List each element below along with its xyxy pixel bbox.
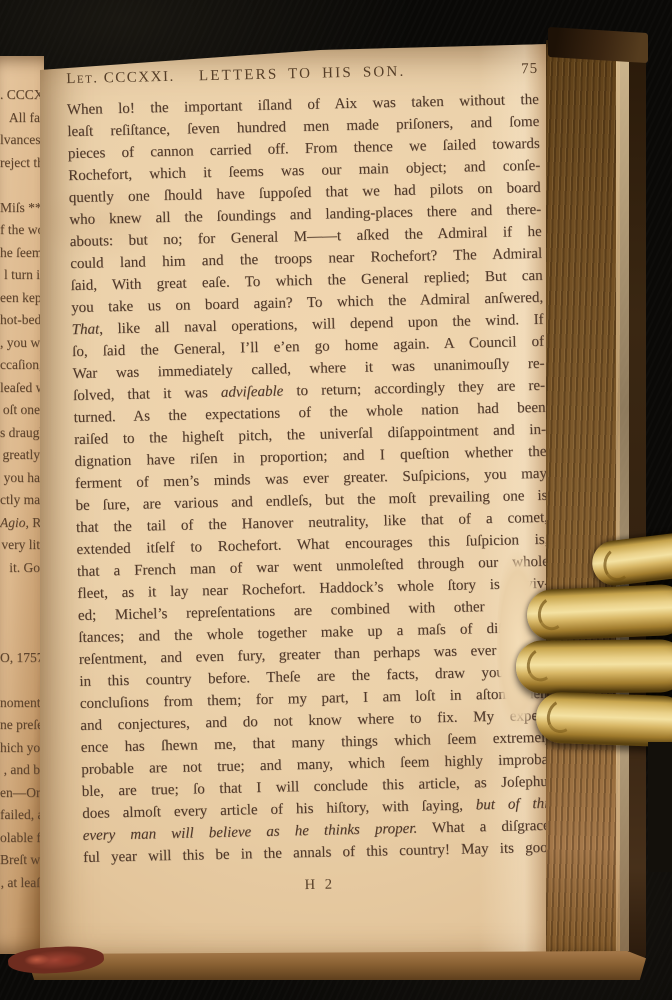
- text-segment: to return; accordingly they are re-: [283, 378, 545, 400]
- previous-page-edge: . CCCXAll falvances,reject thMiſs **f th…: [0, 56, 44, 954]
- brass-finger-3: [516, 639, 672, 693]
- page-content: Let. CCCXXI. LETTERS TO HIS SON. 75 When…: [66, 61, 556, 899]
- text-segment: oſt one: [3, 402, 40, 417]
- previous-page-fragment: ctly ma: [0, 489, 40, 512]
- text-segment: ne preſe: [0, 717, 43, 732]
- previous-page-fragment: it. Go: [0, 557, 40, 580]
- previous-page-text: . CCCXAll falvances,reject thMiſs **f th…: [0, 84, 40, 894]
- text-segment: failed, a: [0, 807, 43, 822]
- running-header: Let. CCCXXI. LETTERS TO HIS SON. 75: [66, 61, 538, 88]
- text-segment: very lit: [1, 537, 40, 552]
- text-segment: Miſs **: [0, 200, 42, 215]
- text-segment: . CCCX: [0, 87, 44, 102]
- book-bottom-edge: [28, 951, 646, 980]
- previous-page-fragment: Agio, Ro: [0, 512, 40, 535]
- finger-nail: [543, 696, 581, 737]
- book-title: LETTERS TO HIS SON.: [199, 64, 406, 86]
- previous-page-fragment: Miſs **: [0, 197, 40, 220]
- text-segment: Agio,: [0, 515, 29, 530]
- text-segment: adviſeable: [221, 383, 284, 400]
- previous-page-fragment: , at leaſ: [0, 872, 40, 895]
- previous-page-fragment: he ſeems: [0, 242, 40, 265]
- previous-page-fragment: Breſt wa: [0, 849, 40, 872]
- previous-page-fragment: l turn i: [0, 264, 40, 287]
- previous-page-fragment: ccaſion,: [0, 354, 40, 377]
- text-segment: leaſed wi: [0, 380, 44, 395]
- text-segment: f the wo: [0, 222, 44, 237]
- text-segment: , and b: [4, 762, 40, 777]
- text-segment: reject th: [0, 155, 44, 170]
- previous-page-fragment: [0, 669, 40, 692]
- previous-page-fragment: greatly: [0, 444, 40, 467]
- text-segment: All fa: [9, 110, 40, 125]
- finger-nail: [535, 594, 571, 633]
- text-segment: ccaſion,: [0, 357, 42, 372]
- previous-page-fragment: [0, 624, 40, 647]
- previous-page-fragment: All fa: [0, 107, 40, 130]
- photo-background: . CCCXAll falvances,reject thMiſs **f th…: [0, 0, 672, 1000]
- page-number: 75: [521, 61, 538, 78]
- previous-page-fragment: en—On: [0, 782, 40, 805]
- book-cover-edge: [629, 44, 646, 960]
- previous-page-fragment: een kept: [0, 287, 40, 310]
- previous-page-fragment: . CCCX: [0, 84, 40, 107]
- book-page: Let. CCCXXI. LETTERS TO HIS SON. 75 When…: [40, 38, 550, 960]
- previous-page-fragment: f the wo: [0, 219, 40, 242]
- text-segment: en—On: [0, 785, 43, 800]
- text-segment: it. Go: [9, 560, 40, 575]
- text-segment: but of this: [476, 796, 555, 814]
- previous-page-fragment: hot-bed,: [0, 309, 40, 332]
- text-segment: noment: [0, 695, 41, 710]
- finger-nail: [601, 545, 634, 583]
- text-segment: l turn i: [4, 267, 40, 282]
- previous-page-fragment: failed, a: [0, 804, 40, 827]
- previous-page-fragment: , you wr: [0, 332, 40, 355]
- previous-page-fragment: oſt one: [0, 399, 40, 422]
- text-segment: s draugh: [0, 425, 44, 440]
- letter-text: When lo! the important iſland of Aix was…: [67, 89, 556, 869]
- previous-page-fragment: you ha: [0, 467, 40, 490]
- text-segment: you ha: [4, 470, 40, 485]
- previous-page-fragment: lvances,: [0, 129, 40, 152]
- text-segment: O, 1757.: [0, 650, 44, 665]
- brass-finger-2: [526, 584, 672, 642]
- previous-page-fragment: ne preſe: [0, 714, 40, 737]
- previous-page-fragment: reject th: [0, 152, 40, 175]
- text-segment: hich yo: [0, 740, 40, 755]
- text-segment: he ſeems: [0, 245, 44, 260]
- text-segment: een kept: [0, 290, 44, 305]
- text-segment: ſolved, that it was: [73, 385, 221, 404]
- brass-finger-4: [535, 691, 672, 747]
- text-segment: Breſt wa: [0, 852, 44, 867]
- previous-page-fragment: [0, 602, 40, 625]
- text-segment: , you wr: [0, 335, 44, 350]
- previous-page-fragment: s draugh: [0, 422, 40, 445]
- text-segment: What a diſgrace-: [417, 818, 555, 837]
- previous-page-fragment: hich yo: [0, 737, 40, 760]
- signature-mark: H 2: [84, 872, 556, 899]
- book-fore-edge: [546, 40, 620, 958]
- previous-page-fragment: O, 1757.: [0, 647, 40, 670]
- text-segment: , at leaſ: [1, 875, 40, 890]
- previous-page-fragment: [0, 174, 40, 197]
- hand-shadow: [648, 742, 672, 872]
- previous-page-fragment: very lit: [0, 534, 40, 557]
- previous-page-fragment: olable fo: [0, 827, 40, 850]
- text-segment: That: [72, 321, 100, 338]
- text-segment: greatly: [3, 447, 40, 462]
- text-segment: hot-bed,: [0, 312, 44, 327]
- previous-page-fragment: , and b: [0, 759, 40, 782]
- book-cover-corner: [548, 27, 648, 63]
- previous-page-fragment: [0, 579, 40, 602]
- text-segment: olable fo: [0, 830, 44, 845]
- finger-nail: [523, 644, 560, 684]
- text-segment: lvances,: [0, 132, 44, 147]
- letter-number: Let. CCCXXI.: [66, 69, 175, 88]
- previous-page-fragment: leaſed wi: [0, 377, 40, 400]
- text-segment: ctly ma: [0, 492, 40, 507]
- previous-page-fragment: noment: [0, 692, 40, 715]
